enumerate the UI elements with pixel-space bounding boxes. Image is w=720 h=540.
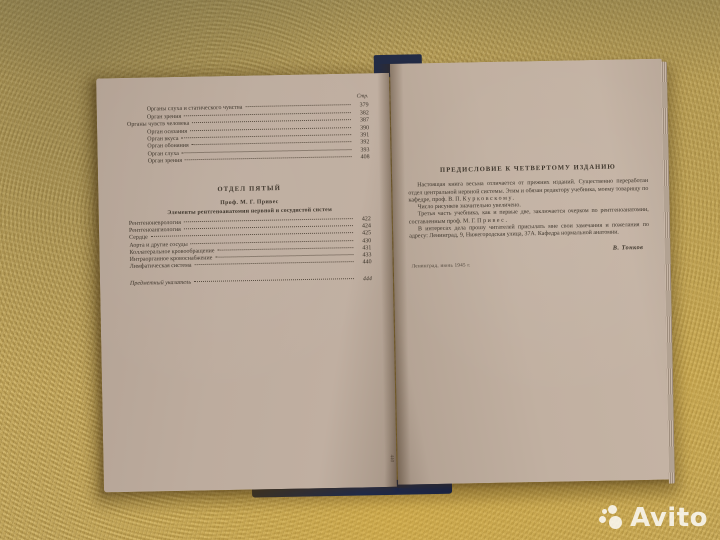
dot-leader [194,261,353,265]
toc-entry-page: 408 [355,155,370,163]
toc-entry-label: Орган зрения [148,158,183,166]
toc-entry-page: 440 [357,259,372,266]
dot-leader [192,119,351,123]
dot-leader [245,105,350,108]
dot-leader [182,149,352,153]
dot-leader [184,218,353,222]
dot-leader [194,278,354,282]
dot-leader [192,142,352,146]
open-book: Стр. Органы слуха и статического чувства… [94,59,674,502]
preface-block: ПРЕДИСЛОВИЕ К ЧЕТВЕРТОМУ ИЗДАНИЮ Настоящ… [408,163,650,271]
right-page: ПРЕДИСЛОВИЕ К ЧЕТВЕРТОМУ ИЗДАНИЮ Настоящ… [390,59,670,485]
toc-top-list: Органы слуха и статического чувства 379 … [127,103,370,167]
dot-leader [217,247,353,251]
dot-leader [181,134,351,138]
dot-leader [190,127,351,131]
dot-leader [215,254,353,258]
paragraph-spaced-name: Курковскому. [463,195,516,202]
section-subtitle: Элементы рентгеноанатомии нервной и сосу… [129,206,371,217]
preface-paragraphs: Настоящая книга весьма отличается от пре… [408,178,649,241]
table-of-contents-top: Стр. Органы слуха и статического чувства… [126,93,369,166]
preface-paragraph: В интересах дела прошу читателей присыла… [409,222,649,241]
preface-title: ПРЕДИСЛОВИЕ К ЧЕТВЕРТОМУ ИЗДАНИЮ [408,163,648,175]
dot-leader [185,156,352,160]
table-of-contents-section5: Рентгеноневрология 422 Рентгеноангиологи… [129,216,372,271]
toc-entry-label: Предметный указатель [130,280,191,287]
preface-signature: В. Тонков [409,244,643,256]
preface-dateline: Ленинград, июнь 1945 г. [412,259,650,271]
section-title: ОТДЕЛ ПЯТЫЙ [128,183,370,195]
left-page: Стр. Органы слуха и статического чувства… [96,73,397,493]
toc-entry: Предметный указатель 444 [130,276,372,287]
dot-leader [191,240,354,244]
paragraph-text: Настоящая книга весьма отличается от пре… [408,178,648,203]
subject-index-entry: Предметный указатель 444 [130,276,372,287]
gutter-page-number: 440 [389,455,394,463]
dot-leader [184,225,353,229]
toc-entry-page: 444 [357,276,372,282]
toc-entry-label: Рентгеноангиология [129,227,181,235]
paragraph-spaced-name: Привес. [477,217,509,224]
toc-entry-label: Лимфатическая система [130,263,192,271]
